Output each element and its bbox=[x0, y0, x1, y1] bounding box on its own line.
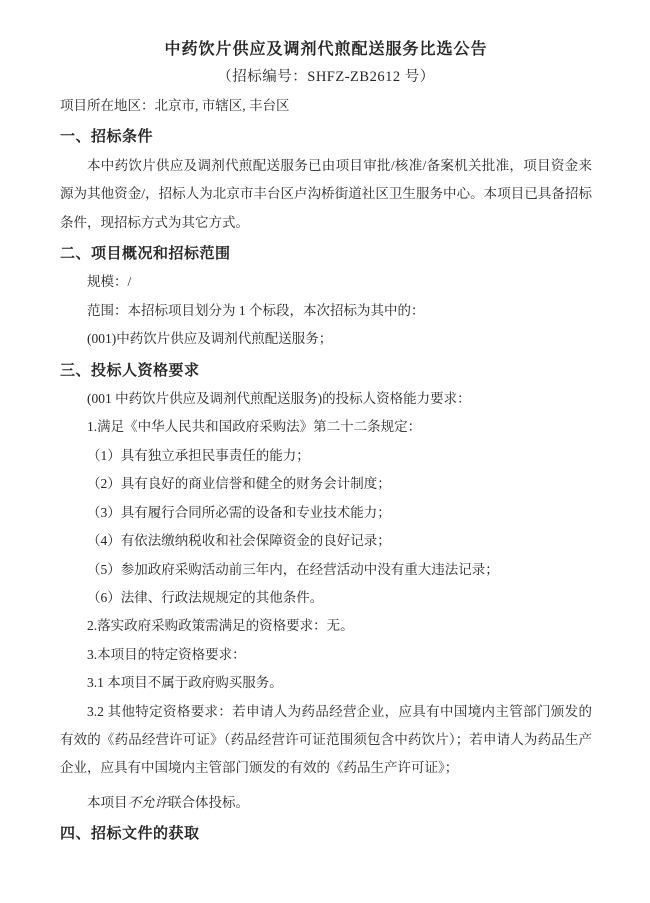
section-heading-2: 二、项目概况和招标范围 bbox=[60, 240, 592, 268]
joint-venture-emphasis: 不允许 bbox=[128, 795, 169, 810]
doc-tender-number: （招标编号：SHFZ-ZB2612 号） bbox=[60, 62, 592, 92]
joint-venture-suffix: 联合体投标。 bbox=[168, 795, 249, 810]
scale-line: 规模：/ bbox=[60, 268, 592, 296]
qualification-rule-2: 2.落实政府采购政策需满足的资格要求：无。 bbox=[60, 612, 592, 640]
joint-venture-line: 本项目不允许联合体投标。 bbox=[60, 789, 592, 817]
qualification-rule-3: 3.本项目的特定资格要求： bbox=[60, 641, 592, 669]
scope-line: 范围：本招标项目划分为 1 个标段，本次招标为其中的： bbox=[60, 297, 592, 325]
lot-line: (001)中药饮片供应及调剂代煎配送服务； bbox=[60, 325, 592, 353]
qualification-item: （4）有依法缴纳税收和社会保障资金的良好记录； bbox=[60, 527, 592, 555]
qualification-rule-1: 1.满足《中华人民共和国政府采购法》第二十二条规定： bbox=[60, 413, 592, 441]
qualification-item: （1）具有独立承担民事责任的能力； bbox=[60, 442, 592, 470]
qualification-rule-3-2: 3.2 其他特定资格要求：若申请人为药品经营企业，应具有中国境内主管部门颁发的有… bbox=[60, 698, 592, 783]
qualification-item: （2）具有良好的商业信誉和健全的财务会计制度； bbox=[60, 470, 592, 498]
section1-paragraph: 本中药饮片供应及调剂代煎配送服务已由项目审批/核准/备案机关批准，项目资金来源为… bbox=[60, 152, 592, 237]
section-heading-1: 一、招标条件 bbox=[60, 123, 592, 151]
qualification-rule-3-1: 3.1 本项目不属于政府购买服务。 bbox=[60, 669, 592, 697]
section-heading-3: 三、投标人资格要求 bbox=[60, 357, 592, 385]
doc-title: 中药饮片供应及调剂代煎配送服务比选公告 bbox=[60, 38, 592, 62]
joint-venture-prefix: 本项目 bbox=[87, 795, 128, 810]
section-heading-4: 四、招标文件的获取 bbox=[60, 820, 592, 848]
qualification-item: （3）具有履行合同所必需的设备和专业技术能力； bbox=[60, 499, 592, 527]
qualification-intro: (001 中药饮片供应及调剂代煎配送服务)的投标人资格能力要求： bbox=[60, 385, 592, 413]
qualification-item: （6）法律、行政法规规定的其他条件。 bbox=[60, 584, 592, 612]
document-page: 中药饮片供应及调剂代煎配送服务比选公告 （招标编号：SHFZ-ZB2612 号）… bbox=[0, 0, 650, 903]
project-location-line: 项目所在地区：北京市, 市辖区, 丰台区 bbox=[60, 92, 592, 120]
qualification-item: （5）参加政府采购活动前三年内，在经营活动中没有重大违法记录； bbox=[60, 556, 592, 584]
